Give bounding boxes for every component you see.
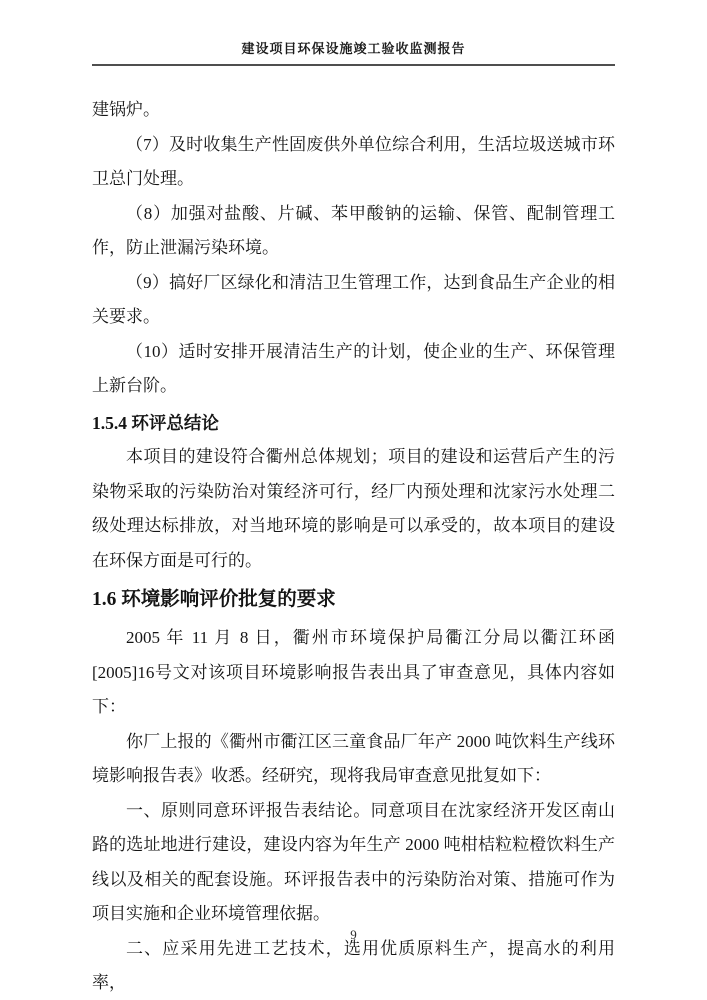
list-item-8: （8）加强对盐酸、片碱、苯甲酸钠的运输、保管、配制管理工作，防止泄漏污染环境。 [92, 197, 615, 266]
continuation-paragraph: 建锅炉。 [92, 93, 615, 128]
header-title: 建设项目环保设施竣工验收监测报告 [0, 42, 707, 56]
document-body: 建锅炉。 （7）及时收集生产性固废供外单位综合利用，生活垃圾送城市环卫总门处理。… [92, 93, 615, 1000]
document-page: 建设项目环保设施竣工验收监测报告 建锅炉。 （7）及时收集生产性固废供外单位综合… [0, 0, 707, 1000]
page-number: 9 [0, 927, 707, 943]
heading-1-6: 1.6 环境影响评价批复的要求 [92, 581, 615, 619]
header-rule [92, 64, 615, 66]
page-header: 建设项目环保设施竣工验收监测报告 [0, 0, 707, 66]
list-item-7: （7）及时收集生产性固废供外单位综合利用，生活垃圾送城市环卫总门处理。 [92, 128, 615, 197]
heading-1-5-4: 1.5.4 环评总结论 [92, 406, 615, 441]
approval-intro-paragraph: 2005 年 11 月 8 日，衢州市环境保护局衢江分局以衢江环函[2005]1… [92, 621, 615, 725]
approval-receipt-paragraph: 你厂上报的《衢州市衢江区三童食品厂年产 2000 吨饮料生产线环境影响报告表》收… [92, 725, 615, 794]
list-item-9: （9）搞好厂区绿化和清洁卫生管理工作，达到食品生产企业的相关要求。 [92, 266, 615, 335]
eia-conclusion-paragraph: 本项目的建设符合衢州总体规划；项目的建设和运营后产生的污染物采取的污染防治对策经… [92, 440, 615, 578]
list-item-10: （10）适时安排开展清洁生产的计划，使企业的生产、环保管理上新台阶。 [92, 335, 615, 404]
approval-item-1: 一、原则同意环评报告表结论。同意项目在沈家经济开发区南山路的选址地进行建设，建设… [92, 794, 615, 932]
